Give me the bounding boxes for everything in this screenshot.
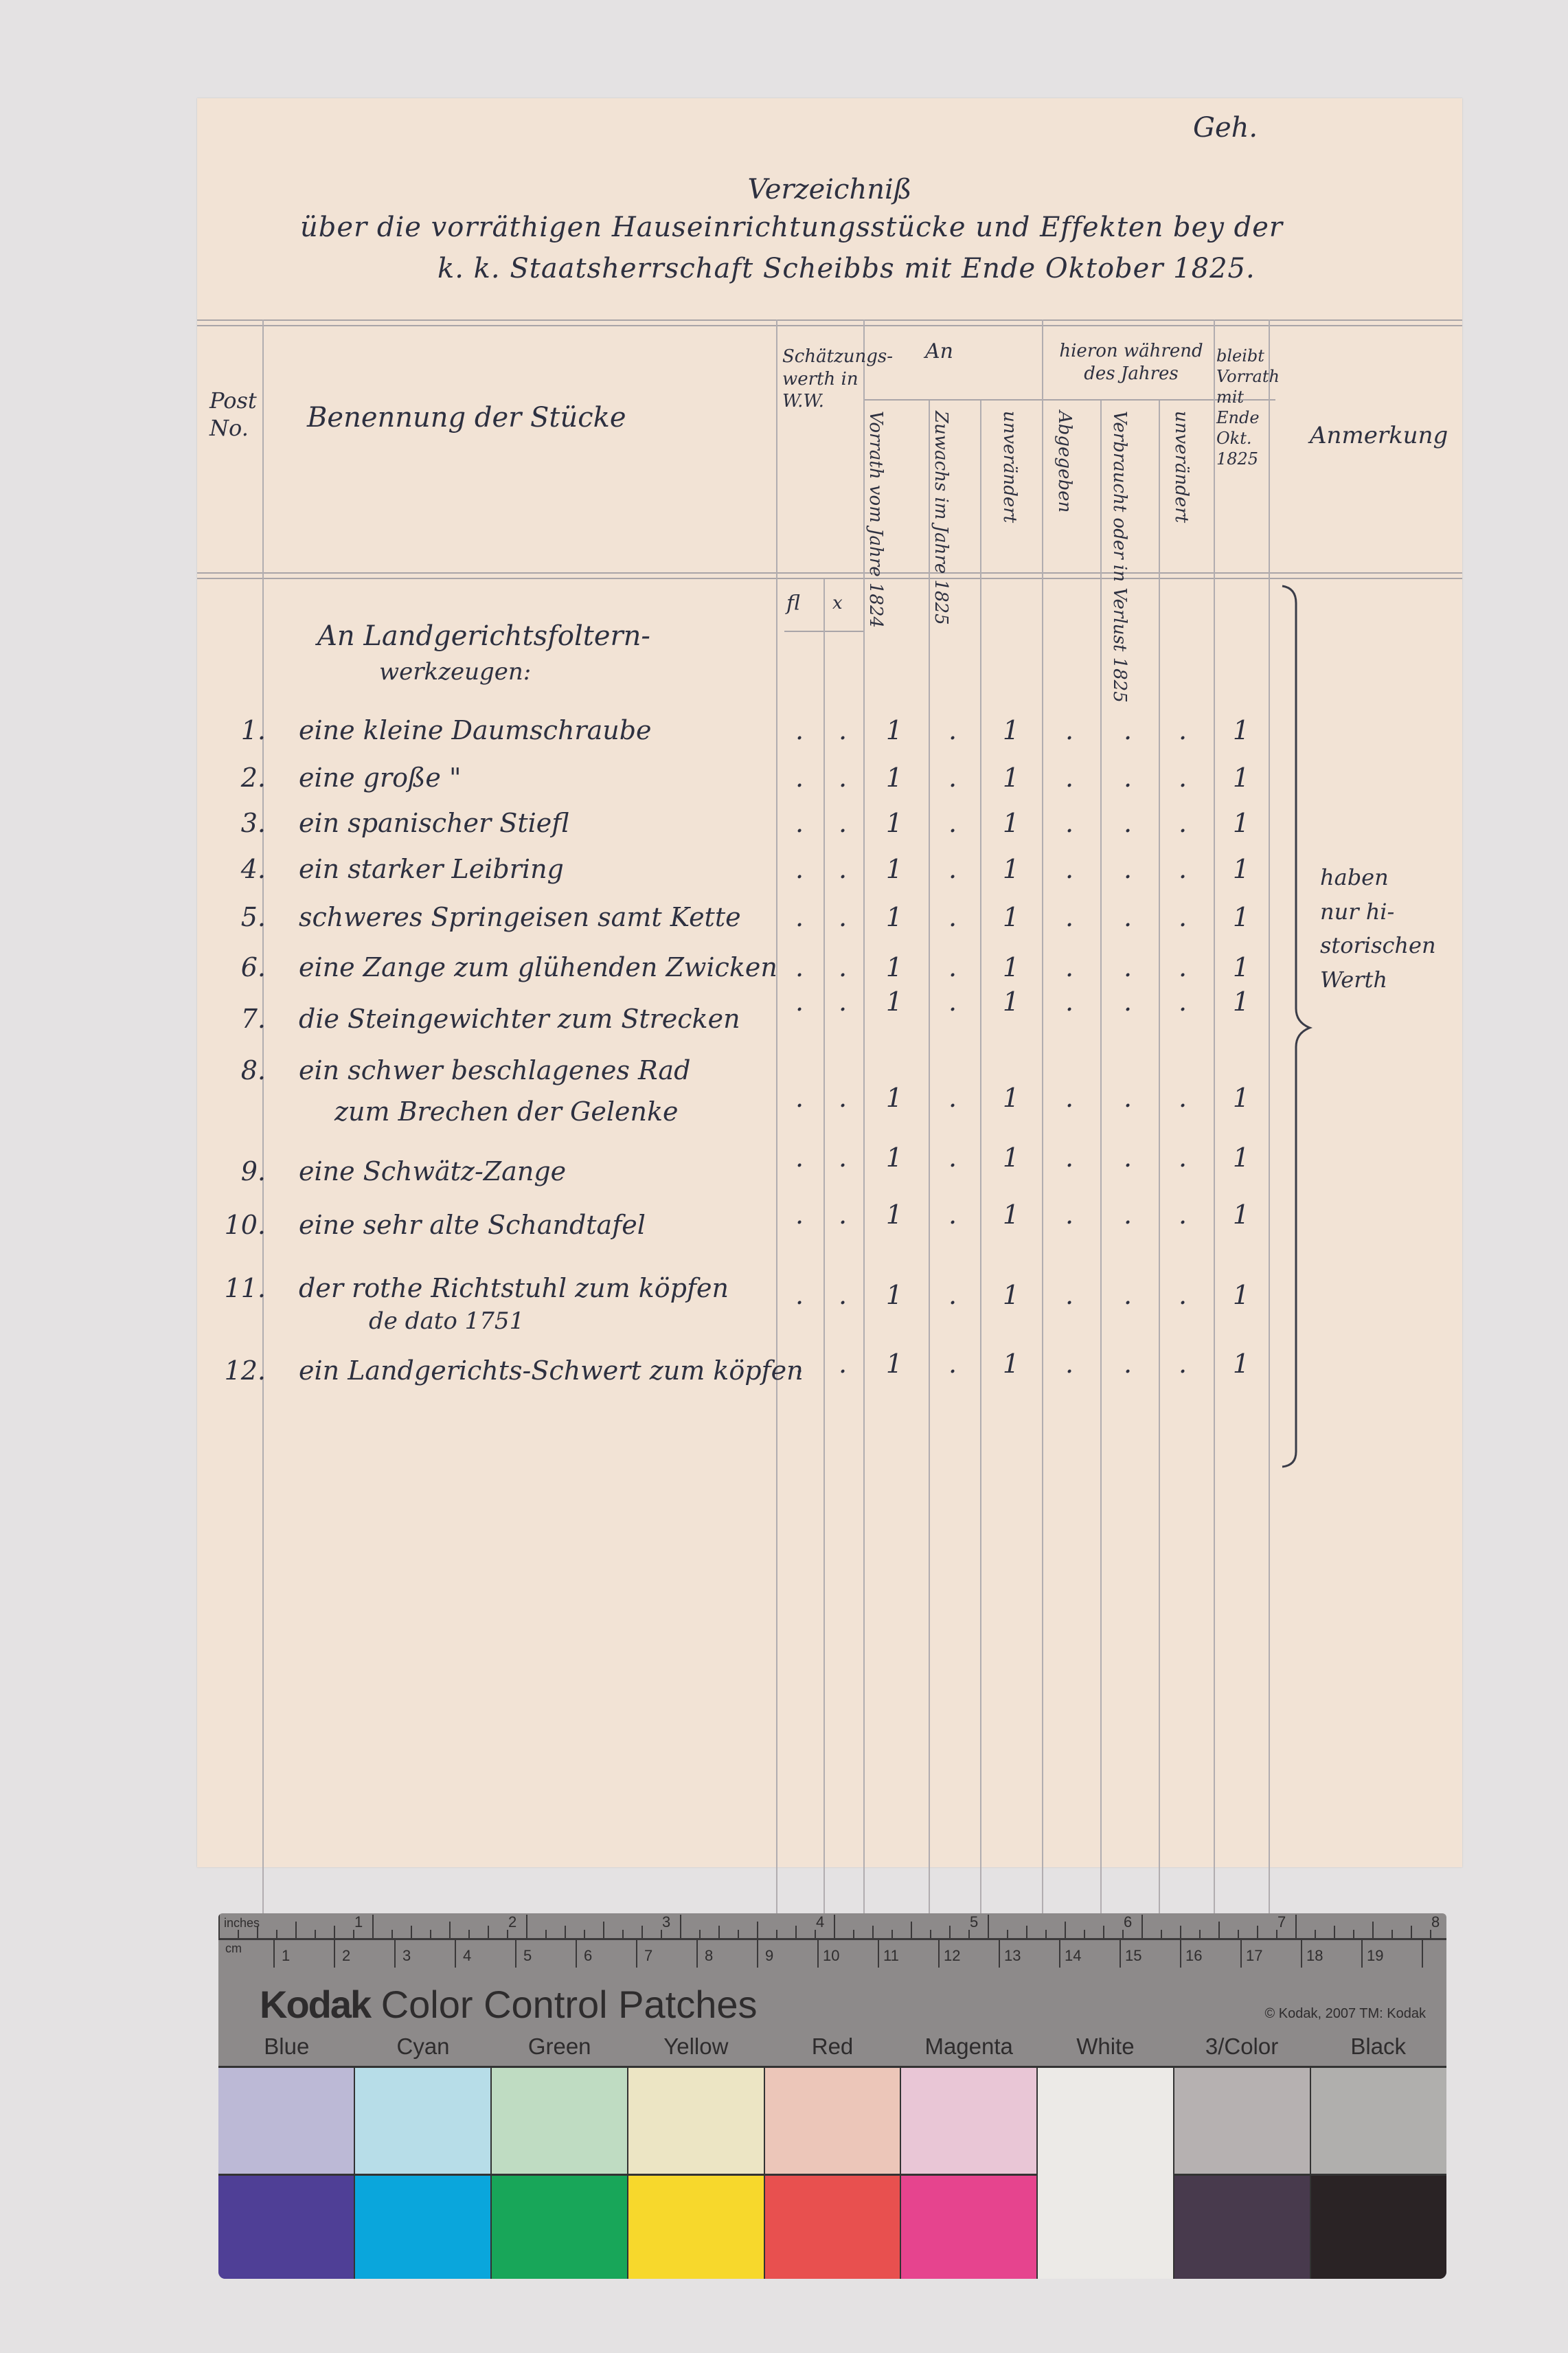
cm-tick: 17 [1246, 1947, 1262, 1965]
patch-light [1038, 2068, 1173, 2174]
cell-x: . [829, 1280, 856, 1310]
cell-x: . [829, 1200, 856, 1230]
patch-blue [218, 2068, 355, 2279]
cell-fl: . [786, 1349, 813, 1379]
patch-label: White [1037, 2034, 1174, 2061]
row-pos: 12. [218, 1355, 266, 1386]
ruler-tick [1334, 1926, 1335, 1938]
grouping-bracket-icon [1279, 583, 1320, 1469]
cell-bleibt: 1 [1227, 902, 1255, 932]
cell-vorrath: 1 [880, 1280, 908, 1310]
ruler-tick [699, 1930, 701, 1938]
cell-zuwachs: . [939, 808, 966, 838]
cell-stand: 1 [997, 1142, 1025, 1173]
ruler-tick [334, 1940, 335, 1968]
ruler-tick [1141, 1915, 1143, 1938]
cm-tick: 16 [1185, 1947, 1202, 1965]
table-row: 3. ein spanischer Stiefl . . 1 . 1 . . .… [197, 808, 1462, 849]
ruler-tick [817, 1940, 819, 1968]
ruler-tick [545, 1930, 547, 1938]
cell-fl: . [786, 1083, 813, 1113]
cell-abgegeben: . [1056, 1280, 1083, 1310]
table-row: 2. eine große " . . 1 . 1 . . . 1 [197, 763, 1462, 804]
cell-bleibt: 1 [1227, 715, 1255, 745]
cell-zuwachs: . [939, 987, 966, 1017]
cell-verlust: . [1114, 987, 1141, 1017]
header-remaining: bleibt Vorrath mit Ende Okt. 1825 [1216, 346, 1267, 469]
remark-text: haben nur hi- storischen Werth [1320, 861, 1436, 997]
header-change-verlust: Verbraucht oder in Verlust 1825 [1111, 411, 1128, 565]
ruler-tick [938, 1940, 940, 1968]
ruler-tick [738, 1930, 739, 1938]
table-row: 11. der rothe Richtstuhl zum köpfen de d… [197, 1273, 1462, 1355]
cell-zuwachs: . [939, 902, 966, 932]
cm-tick: 4 [463, 1947, 471, 1965]
ruler-tick [353, 1930, 354, 1938]
ruler-tick [872, 1926, 874, 1938]
cell-fl: . [786, 1280, 813, 1310]
cell-abgegeben: . [1056, 1083, 1083, 1113]
header-change-abgegeben: Abgegeben [1056, 411, 1073, 565]
header-bottom-rule-2 [197, 578, 1462, 579]
patch-red [765, 2068, 902, 2279]
header-name: Benennung der Stücke [307, 401, 626, 435]
ruler-tick [488, 1926, 489, 1938]
cell-bleibt: 1 [1227, 1142, 1255, 1173]
ruler-tick [603, 1922, 604, 1938]
ruler-tick [878, 1940, 879, 1968]
ruler-tick [515, 1940, 516, 1968]
ruler-tick [1045, 1930, 1047, 1938]
ruler-tick [1391, 1930, 1393, 1938]
cell-bleibt: 1 [1227, 1280, 1255, 1310]
patch-light [628, 2068, 764, 2174]
patch-dark [765, 2174, 900, 2279]
ruler-tick [1411, 1926, 1412, 1938]
table-row: 10. eine sehr alte Schandtafel . . 1 . 1… [197, 1210, 1462, 1251]
cell-stand: 1 [997, 902, 1025, 932]
cm-tick: 13 [1004, 1947, 1021, 1965]
value-unit-fl: fl [786, 592, 800, 616]
patch-dark [1174, 2174, 1310, 2279]
cell-zuwachs: . [939, 854, 966, 884]
cell-unveraendert: . [1169, 952, 1196, 982]
cell-verlust: . [1114, 952, 1141, 982]
inch-ruler: inches 1 2 3 4 5 6 7 8 [218, 1913, 1446, 1940]
cell-verlust: . [1114, 1280, 1141, 1310]
row-name: eine Schwätz-Zange [299, 1156, 566, 1186]
cell-abgegeben: . [1056, 1349, 1083, 1379]
row-pos: 6. [218, 952, 266, 982]
cell-stand: 1 [997, 987, 1025, 1017]
cell-unveraendert: . [1169, 1349, 1196, 1379]
row-name-cont: zum Brechen der Gelenke [334, 1096, 679, 1127]
patch-light [901, 2068, 1036, 2174]
ruler-tick [718, 1926, 720, 1938]
cell-bleibt: 1 [1227, 952, 1255, 982]
ruler-tick [1120, 1940, 1121, 1968]
ruler-tick [853, 1930, 854, 1938]
row-name: eine große " [299, 763, 461, 793]
cell-bleibt: 1 [1227, 1083, 1255, 1113]
patch-yellow [628, 2068, 765, 2279]
cell-abgegeben: . [1056, 854, 1083, 884]
ruler-tick [1257, 1926, 1258, 1938]
cell-vorrath: 1 [880, 763, 908, 793]
row-pos: 3. [218, 808, 266, 838]
cm-ruler: cm 1 2 3 4 5 6 7 8 9 10 11 12 13 14 15 1… [218, 1940, 1446, 1969]
row-name: der rothe Richtstuhl zum köpfen [299, 1273, 729, 1303]
ruler-tick [968, 1930, 970, 1938]
ruler-tick [295, 1922, 297, 1938]
header-stock-vorrath: Vorrath vom Jahre 1824 [867, 411, 885, 565]
ruler-tick [988, 1915, 989, 1938]
cell-fl: . [786, 854, 813, 884]
table-top-rule [197, 319, 1462, 321]
ruler-tick [565, 1926, 566, 1938]
cell-vorrath: 1 [880, 952, 908, 982]
patch-label: Blue [218, 2034, 355, 2061]
header-pos: Post No. [209, 387, 258, 442]
ruler-tick [576, 1940, 577, 1968]
cell-verlust: . [1114, 1200, 1141, 1230]
ruler-tick [661, 1930, 662, 1938]
ruler-tick [394, 1940, 396, 1968]
copyright: © Kodak, 2007 TM: Kodak [1264, 2006, 1426, 2022]
ruler-tick [1218, 1922, 1220, 1938]
cell-stand: 1 [997, 763, 1025, 793]
ruler-tick [1240, 1940, 1242, 1968]
cell-unveraendert: . [1169, 987, 1196, 1017]
document-subtitle-line1: über die vorräthigen Hauseinrichtungsstü… [300, 212, 1283, 243]
ruler-tick [238, 1930, 239, 1938]
cell-verlust: . [1114, 1142, 1141, 1173]
ruler-tick [622, 1930, 624, 1938]
header-stock-group: An [925, 339, 953, 365]
row-name: eine Zange zum glühenden Zwicken [299, 952, 777, 982]
cell-x: . [829, 952, 856, 982]
cell-unveraendert: . [1169, 1200, 1196, 1230]
cell-unveraendert: . [1169, 1280, 1196, 1310]
cm-tick: 3 [402, 1947, 411, 1965]
cell-unveraendert: . [1169, 1142, 1196, 1173]
cell-vorrath: 1 [880, 1200, 908, 1230]
patch-label: Cyan [355, 2034, 492, 2061]
header-stock-unveraendert: unverändert [1001, 411, 1019, 565]
row-pos: 11. [218, 1273, 266, 1303]
ruler-tick [1276, 1930, 1277, 1938]
cm-tick: 6 [584, 1947, 592, 1965]
patch-light [218, 2068, 354, 2174]
patch-cyan [355, 2068, 492, 2279]
col-divider [262, 319, 264, 1968]
ruler-tick [1103, 1926, 1104, 1938]
cell-abgegeben: . [1056, 902, 1083, 932]
cell-verlust: . [1114, 1349, 1141, 1379]
ruler-tick [1422, 1940, 1423, 1968]
remark-line: nur hi- [1320, 895, 1436, 930]
cm-tick: 11 [883, 1947, 899, 1965]
card-title: Color Control Patches [381, 1983, 758, 2026]
cell-bleibt: 1 [1227, 854, 1255, 884]
table-row: 7. die Steingewichter zum Strecken . . 1… [197, 1004, 1462, 1045]
cell-fl: . [786, 1200, 813, 1230]
header-remark: Anmerkung [1310, 421, 1448, 451]
kodak-color-card: inches 1 2 3 4 5 6 7 8 cm 1 2 3 4 5 6 7 … [218, 1913, 1446, 2279]
ruler-tick [391, 1930, 393, 1938]
cm-tick: 9 [765, 1947, 773, 1965]
cell-abgegeben: . [1056, 715, 1083, 745]
document-sheet: Geh. Verzeichniß über die vorräthigen Ha… [197, 98, 1462, 1867]
kodak-logo: Kodak [260, 1983, 370, 2026]
inch-tick: 3 [662, 1913, 670, 1931]
patch-light [492, 2068, 627, 2174]
remark-line: Werth [1320, 963, 1436, 998]
patch-magenta [901, 2068, 1038, 2279]
cell-verlust: . [1114, 854, 1141, 884]
col-divider [776, 319, 777, 1968]
cell-stand: 1 [997, 1083, 1025, 1113]
cell-abgegeben: . [1056, 808, 1083, 838]
cm-tick: 18 [1306, 1947, 1323, 1965]
ruler-tick [930, 1930, 931, 1938]
cell-fl: . [786, 902, 813, 932]
cell-stand: 1 [997, 952, 1025, 982]
cell-verlust: . [1114, 808, 1141, 838]
row-name: ein spanischer Stiefl [299, 808, 569, 838]
cell-x: . [829, 1142, 856, 1173]
corner-mark: Geh. [1193, 112, 1258, 144]
patch-black [1311, 2068, 1446, 2279]
cell-stand: 1 [997, 1280, 1025, 1310]
cell-verlust: . [1114, 1083, 1141, 1113]
cell-unveraendert: . [1169, 715, 1196, 745]
cell-zuwachs: . [939, 763, 966, 793]
row-name: ein Landgerichts-Schwert zum köpfen [299, 1355, 804, 1386]
ruler-tick [276, 1930, 277, 1938]
patch-label: Black [1310, 2034, 1446, 2061]
cell-x: . [829, 1349, 856, 1379]
cell-zuwachs: . [939, 1349, 966, 1379]
row-name: ein schwer beschlagenes Rad [299, 1055, 690, 1085]
header-stock-zuwachs: Zuwachs im Jahre 1825 [932, 411, 950, 565]
row-pos: 5. [218, 902, 266, 932]
ruler-tick [696, 1940, 698, 1968]
ruler-tick [372, 1915, 374, 1938]
cell-x: . [829, 715, 856, 745]
document-title: Verzeichniß [197, 174, 1462, 205]
ruler-tick [1301, 1940, 1302, 1968]
cell-stand: 1 [997, 854, 1025, 884]
table-row: 5. schweres Springeisen samt Kette . . 1… [197, 902, 1462, 943]
cm-tick: 10 [823, 1947, 839, 1965]
cell-fl: . [786, 1142, 813, 1173]
ruler-tick [468, 1930, 470, 1938]
row-pos: 10. [218, 1210, 266, 1240]
table-row: 12. ein Landgerichts-Schwert zum köpfen … [197, 1355, 1462, 1397]
table-row: 1. eine kleine Daumschraube . . 1 . 1 . … [197, 715, 1462, 756]
ruler-tick [1315, 1930, 1316, 1938]
ruler-tick [891, 1930, 893, 1938]
header-bottom-rule [197, 572, 1462, 574]
ruler-tick [1430, 1930, 1431, 1938]
patch-dark [355, 2174, 490, 2279]
cell-bleibt: 1 [1227, 763, 1255, 793]
row-name-cont: de dato 1751 [369, 1307, 524, 1335]
cm-tick: 12 [944, 1947, 960, 1965]
ruler-tick [526, 1915, 527, 1938]
ruler-tick [1238, 1930, 1239, 1938]
ruler-tick [507, 1930, 508, 1938]
row-pos: 9. [218, 1156, 266, 1186]
section-heading-cont: werkzeugen: [379, 658, 531, 686]
cm-tick: 15 [1125, 1947, 1141, 1965]
ruler-tick [757, 1940, 758, 1968]
cell-bleibt: 1 [1227, 1200, 1255, 1230]
cell-fl: . [786, 952, 813, 982]
cell-vorrath: 1 [880, 1349, 908, 1379]
table-row: 9. eine Schwätz-Zange . . 1 . 1 . . . 1 [197, 1156, 1462, 1197]
row-pos: 4. [218, 854, 266, 884]
cell-unveraendert: . [1169, 854, 1196, 884]
ruler-tick [1084, 1930, 1085, 1938]
cell-x: . [829, 763, 856, 793]
cell-verlust: . [1114, 763, 1141, 793]
cm-tick: 1 [282, 1947, 290, 1965]
cell-stand: 1 [997, 715, 1025, 745]
cell-stand: 1 [997, 1349, 1025, 1379]
patch-white [1038, 2068, 1174, 2279]
cell-fl: . [786, 808, 813, 838]
cm-tick: 19 [1367, 1947, 1383, 1965]
inch-tick: 5 [970, 1913, 978, 1931]
cell-bleibt: 1 [1227, 987, 1255, 1017]
header-value: Schätzungs-werth in W.W. [782, 346, 861, 413]
cm-tick: 8 [705, 1947, 713, 1965]
cell-unveraendert: . [1169, 808, 1196, 838]
ruler-tick [911, 1922, 912, 1938]
patch-label: 3/Color [1174, 2034, 1310, 2061]
cell-stand: 1 [997, 1200, 1025, 1230]
patch-3color [1174, 2068, 1311, 2279]
cell-abgegeben: . [1056, 1142, 1083, 1173]
inch-tick: 8 [1431, 1913, 1440, 1931]
cell-verlust: . [1114, 715, 1141, 745]
row-pos: 7. [218, 1004, 266, 1034]
ruler-tick [776, 1930, 777, 1938]
cell-vorrath: 1 [880, 715, 908, 745]
ruler-tick [315, 1930, 316, 1938]
inch-tick: 4 [816, 1913, 824, 1931]
patch-dark [492, 2174, 627, 2279]
ruler-tick [430, 1930, 431, 1938]
ruler-tick [273, 1940, 275, 1968]
ruler-tick [1007, 1930, 1008, 1938]
cell-bleibt: 1 [1227, 1349, 1255, 1379]
row-pos: 2. [218, 763, 266, 793]
row-pos: 1. [218, 715, 266, 745]
document-subtitle-line2: k. k. Staatsherrschaft Scheibbs mit Ende… [438, 253, 1255, 284]
patch-dark [901, 2174, 1036, 2279]
cell-vorrath: 1 [880, 808, 908, 838]
cm-tick: 14 [1065, 1947, 1081, 1965]
patch-dark [1311, 2174, 1446, 2279]
cell-unveraendert: . [1169, 902, 1196, 932]
ruler-tick [999, 1940, 1000, 1968]
cell-vorrath: 1 [880, 1142, 908, 1173]
cell-x: . [829, 1083, 856, 1113]
row-name: ein starker Leibring [299, 854, 564, 884]
ruler-tick [1180, 1926, 1181, 1938]
patch-light [1174, 2068, 1310, 2174]
row-name: die Steingewichter zum Strecken [299, 1004, 740, 1034]
cell-fl: . [786, 715, 813, 745]
inches-label: inches [224, 1916, 260, 1930]
cell-x: . [829, 854, 856, 884]
cell-bleibt: 1 [1227, 808, 1255, 838]
cell-abgegeben: . [1056, 952, 1083, 982]
inch-tick: 7 [1277, 1913, 1286, 1931]
inch-tick: 6 [1124, 1913, 1132, 1931]
cell-fl: . [786, 763, 813, 793]
patch-label: Red [764, 2034, 901, 2061]
ruler-tick [218, 1915, 220, 1938]
header-change-group: hieron während des Jahres [1049, 340, 1214, 385]
row-name: eine sehr alte Schandtafel [299, 1210, 646, 1240]
cm-tick: 5 [523, 1947, 532, 1965]
cell-vorrath: 1 [880, 854, 908, 884]
ruler-tick [1180, 1940, 1181, 1968]
cell-zuwachs: . [939, 1280, 966, 1310]
cell-vorrath: 1 [880, 902, 908, 932]
cell-fl: . [786, 987, 813, 1017]
cell-zuwachs: . [939, 1142, 966, 1173]
patch-dark [628, 2174, 764, 2279]
section-heading: An Landgerichtsfoltern- [317, 620, 650, 652]
cell-unveraendert: . [1169, 763, 1196, 793]
cell-zuwachs: . [939, 715, 966, 745]
ruler-tick [680, 1915, 681, 1938]
ruler-tick [834, 1915, 835, 1938]
cell-zuwachs: . [939, 952, 966, 982]
cell-abgegeben: . [1056, 763, 1083, 793]
patch-labels: Blue Cyan Green Yellow Red Magenta White… [218, 2034, 1446, 2061]
ruler-tick [1295, 1915, 1297, 1938]
cell-vorrath: 1 [880, 1083, 908, 1113]
ruler-tick [455, 1940, 456, 1968]
ruler-tick [795, 1926, 797, 1938]
ruler-tick [1161, 1930, 1162, 1938]
cell-zuwachs: . [939, 1083, 966, 1113]
ruler-tick [411, 1926, 412, 1938]
patch-label: Yellow [628, 2034, 764, 2061]
ruler-tick [1372, 1922, 1374, 1938]
cm-tick: 2 [342, 1947, 350, 1965]
ruler-tick [1065, 1922, 1066, 1938]
remark-line: storischen [1320, 929, 1436, 963]
cell-verlust: . [1114, 902, 1141, 932]
cm-tick: 7 [644, 1947, 652, 1965]
row-name: eine kleine Daumschraube [299, 715, 652, 745]
cell-zuwachs: . [939, 1200, 966, 1230]
ruler-tick [1199, 1930, 1201, 1938]
ruler-tick [584, 1930, 585, 1938]
patch-label: Green [491, 2034, 628, 2061]
cell-unveraendert: . [1169, 1083, 1196, 1113]
cell-abgegeben: . [1056, 987, 1083, 1017]
ruler-tick [1059, 1940, 1060, 1968]
patch-light [765, 2068, 900, 2174]
